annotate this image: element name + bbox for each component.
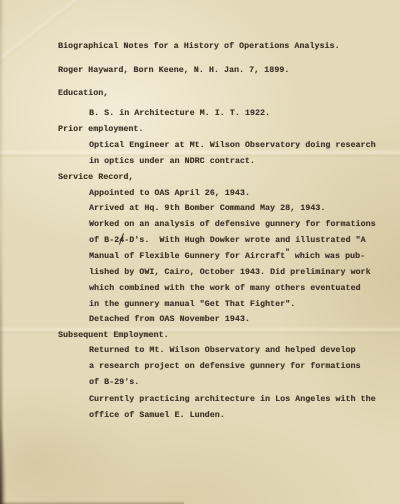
line-text: of B-2 [89,236,119,245]
document-title: Biographical Notes for a History of Oper… [58,41,340,52]
line-text: which was pub- [290,252,365,261]
line-text: -D's. With Hugh Dowker wrote and illustr… [124,236,365,245]
scanned-document-page: Biographical Notes for a History of Oper… [0,0,400,504]
typed-line: Appointed to OAS April 26, 1943. [89,188,250,199]
section-heading-prior-employment: Prior employment. [58,124,144,135]
typed-line: B. S. in Architecture M. I. T. 1922. [89,108,270,119]
typed-line: of B-29's. [89,377,139,388]
typed-line: Currently practicing architecture in Los… [89,394,376,405]
typed-line: Worked on an analysis of defensive gunne… [89,219,376,230]
typed-line-with-strikeout: of B-24-D's. With Hugh Dowker wrote and … [89,235,366,246]
scan-edge-corner [0,384,9,504]
typed-line: office of Samuel E. Lunden. [89,410,225,421]
typed-line: in the gunnery manual "Get That Fighter"… [89,299,295,310]
section-heading-education: Education, [58,88,108,99]
typed-line: a research project on defensive gunnery … [89,361,361,372]
inserted-quote-mark: " [285,249,290,257]
typed-line-with-insertion: Manual of Flexible Gunnery for Aircraft"… [89,251,365,263]
typed-line: Returned to Mt. Wilson Observatory and h… [89,345,356,356]
typed-line: Detached from OAS November 1943. [89,314,250,325]
typed-line: in optics under an NDRC contract. [89,156,255,167]
line-text: Manual of Flexible Gunnery for Aircraft [89,252,285,261]
subject-line: Roger Hayward, Born Keene, N. H. Jan. 7,… [58,65,289,76]
typed-line: lished by OWI, Cairo, October 1943. Did … [89,267,371,278]
section-heading-subsequent-employment: Subsequent Employment. [58,330,169,341]
section-heading-service-record: Service Record, [58,172,133,183]
typed-line: Optical Engineer at Mt. Wilson Observato… [89,140,376,151]
typed-line: Arrived at Hq. 9th Bomber Command May 28… [89,203,325,214]
struck-character: 4 [119,235,124,246]
typed-line: which combined with the work of many oth… [89,283,361,294]
